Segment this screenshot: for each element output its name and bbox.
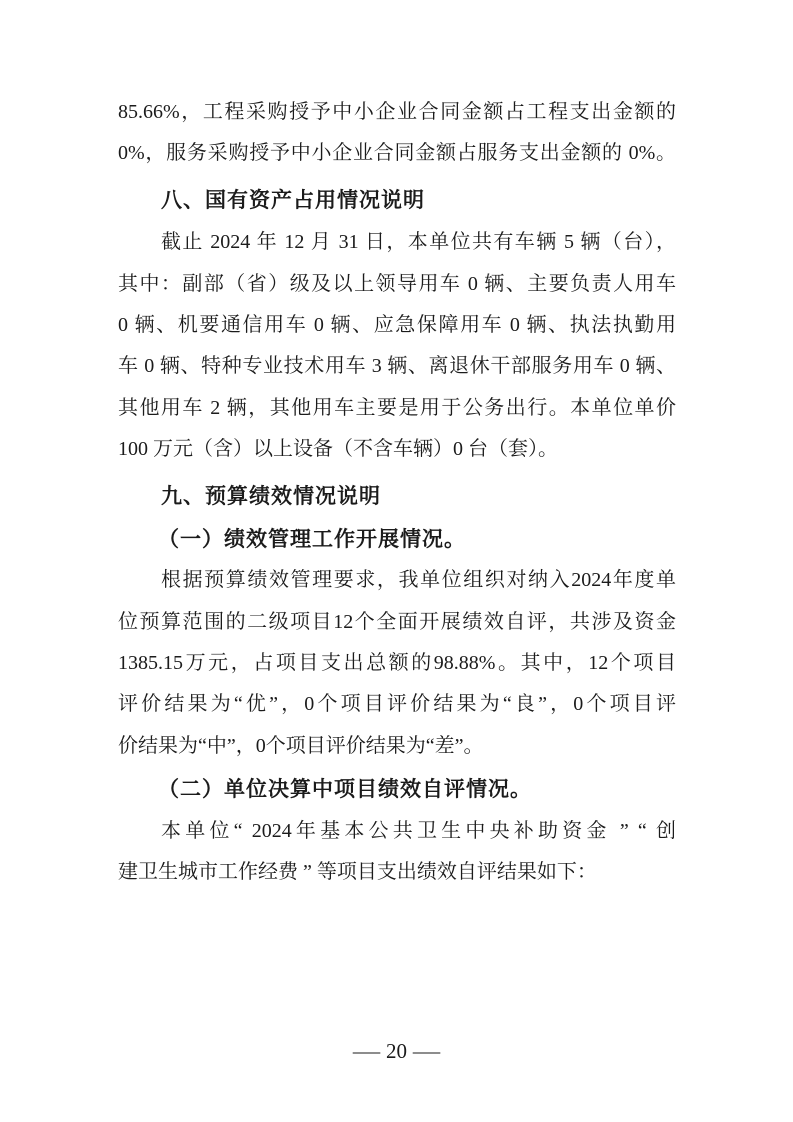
section-heading-8-state-assets: 八、国有资产占用情况说明: [118, 180, 676, 221]
body-text-line: 1385.15万元，占项目支出总额的98.88%。其中，12个项目: [118, 643, 676, 684]
paragraph-vehicles: 截止 2024 年 12 月 31 日，本单位共有车辆 5 辆（台）， 其中：副…: [118, 222, 676, 470]
footer-left-dash: —: [353, 1038, 380, 1064]
body-text-line: 本单位“ 2024年基本公共卫生中央补助资金 ” “ 创: [118, 811, 676, 852]
body-text-line: 建卫生城市工作经费 ” 等项目支出绩效自评结果如下：: [118, 852, 676, 893]
page-footer: —20—: [0, 1038, 793, 1064]
body-text-line: 位预算范围的二级项目12个全面开展绩效自评，共涉及资金: [118, 602, 676, 643]
section-heading-9-budget-performance: 九、预算绩效情况说明: [118, 476, 676, 517]
paragraph-procurement: 85.66%，工程采购授予中小企业合同金额占工程支出金额的 0%，服务采购授予中…: [118, 92, 676, 175]
subsection-heading-1-performance-management: （一）绩效管理工作开展情况。: [118, 519, 676, 560]
body-text-line: 价结果为“中”，0个项目评价结果为“差”。: [118, 726, 676, 767]
page-number: 20: [386, 1039, 407, 1063]
body-text-line: 100 万元（含）以上设备（不含车辆）0 台（套）。: [118, 429, 676, 470]
body-text-line: 其中：副部（省）级及以上领导用车 0 辆、主要负责人用车: [118, 264, 676, 305]
body-text-line: 根据预算绩效管理要求，我单位组织对纳入2024年度单: [118, 560, 676, 601]
paragraph-project-results: 本单位“ 2024年基本公共卫生中央补助资金 ” “ 创 建卫生城市工作经费 ”…: [118, 811, 676, 894]
body-text-line: 85.66%，工程采购授予中小企业合同金额占工程支出金额的: [118, 92, 676, 133]
body-text-line: 车 0 辆、特种专业技术用车 3 辆、离退休干部服务用车 0 辆、: [118, 346, 676, 387]
paragraph-self-evaluation: 根据预算绩效管理要求，我单位组织对纳入2024年度单 位预算范围的二级项目12个…: [118, 560, 676, 767]
subsection-heading-2-project-self-evaluation: （二）单位决算中项目绩效自评情况。: [118, 769, 676, 810]
body-text-line: 评价结果为“优”，0个项目评价结果为“良”，0个项目评: [118, 684, 676, 725]
document-page: 85.66%，工程采购授予中小企业合同金额占工程支出金额的 0%，服务采购授予中…: [0, 0, 793, 1122]
page-content: 85.66%，工程采购授予中小企业合同金额占工程支出金额的 0%，服务采购授予中…: [118, 92, 676, 893]
body-text-line: 截止 2024 年 12 月 31 日，本单位共有车辆 5 辆（台），: [118, 222, 676, 263]
body-text-line: 其他用车 2 辆，其他用车主要是用于公务出行。本单位单价: [118, 388, 676, 429]
body-text-line: 0 辆、机要通信用车 0 辆、应急保障用车 0 辆、执法执勤用: [118, 305, 676, 346]
footer-right-dash: —: [413, 1038, 440, 1064]
body-text-line: 0%，服务采购授予中小企业合同金额占服务支出金额的 0%。: [118, 133, 676, 174]
